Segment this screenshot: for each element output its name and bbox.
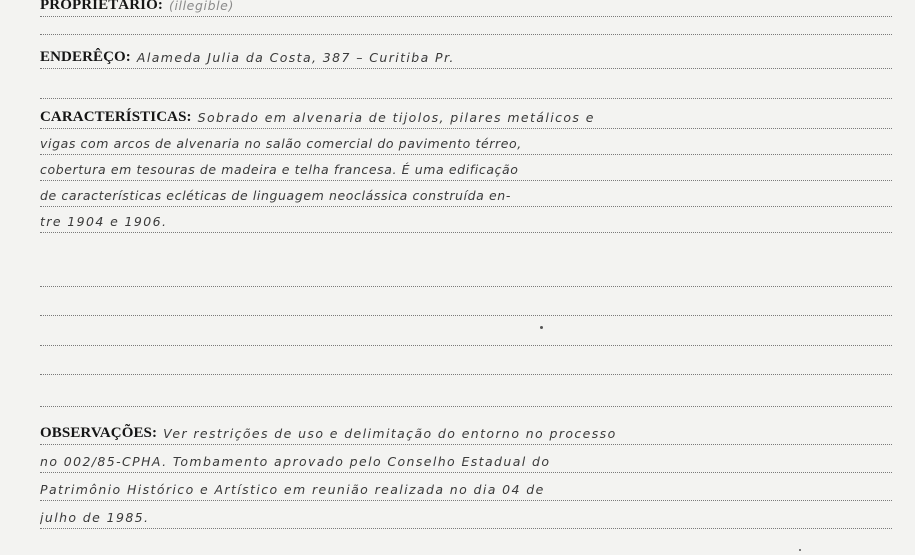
- characteristics-line-row: cobertura em tesouras de madeira e telha…: [40, 158, 892, 181]
- characteristics-line: vigas com arcos de alvenaria no salão co…: [40, 136, 522, 154]
- blank-line: [40, 264, 892, 287]
- address-field: ENDERÊÇO: Alameda Julia da Costa, 387 – …: [40, 46, 892, 69]
- observations-field: OBSERVAÇÕES: Ver restrições de uso e del…: [40, 422, 892, 445]
- observations-line-row: Patrimônio Histórico e Artístico em reun…: [40, 478, 892, 501]
- characteristics-field: CARACTERÍSTICAS: Sobrado em alvenaria de…: [40, 106, 892, 129]
- address-label: ENDERÊÇO:: [40, 49, 131, 68]
- scan-speck: [540, 326, 543, 329]
- blank-line: [40, 12, 892, 35]
- characteristics-line: tre 1904 e 1906.: [40, 214, 167, 232]
- observations-line: Ver restrições de uso e delimitação do e…: [163, 426, 617, 444]
- blank-line: [40, 76, 892, 99]
- observations-line: Patrimônio Histórico e Artístico em reun…: [40, 482, 545, 500]
- blank-line: [40, 352, 892, 375]
- blank-line: [40, 323, 892, 346]
- address-value: Alameda Julia da Costa, 387 – Curitiba P…: [137, 50, 455, 68]
- characteristics-line-row: tre 1904 e 1906.: [40, 210, 892, 233]
- observations-line-row: no 002/85-CPHA. Tombamento aprovado pelo…: [40, 450, 892, 473]
- blank-line: [40, 384, 892, 407]
- characteristics-line-row: vigas com arcos de alvenaria no salão co…: [40, 132, 892, 155]
- observations-line: no 002/85-CPHA. Tombamento aprovado pelo…: [40, 454, 550, 472]
- characteristics-line: cobertura em tesouras de madeira e telha…: [40, 162, 519, 180]
- characteristics-line: de características ecléticas de linguage…: [40, 188, 511, 206]
- heritage-record-form: PROPRIETÁRIO: (illegible) ENDERÊÇO: Alam…: [0, 0, 915, 555]
- observations-line: julho de 1985.: [40, 510, 149, 528]
- blank-line: [40, 293, 892, 316]
- characteristics-label: CARACTERÍSTICAS:: [40, 109, 192, 128]
- scan-speck: [799, 549, 801, 551]
- observations-label: OBSERVAÇÕES:: [40, 425, 157, 444]
- observations-line-row: julho de 1985.: [40, 506, 892, 529]
- characteristics-line-row: de características ecléticas de linguage…: [40, 184, 892, 207]
- characteristics-line: Sobrado em alvenaria de tijolos, pilares…: [198, 110, 595, 128]
